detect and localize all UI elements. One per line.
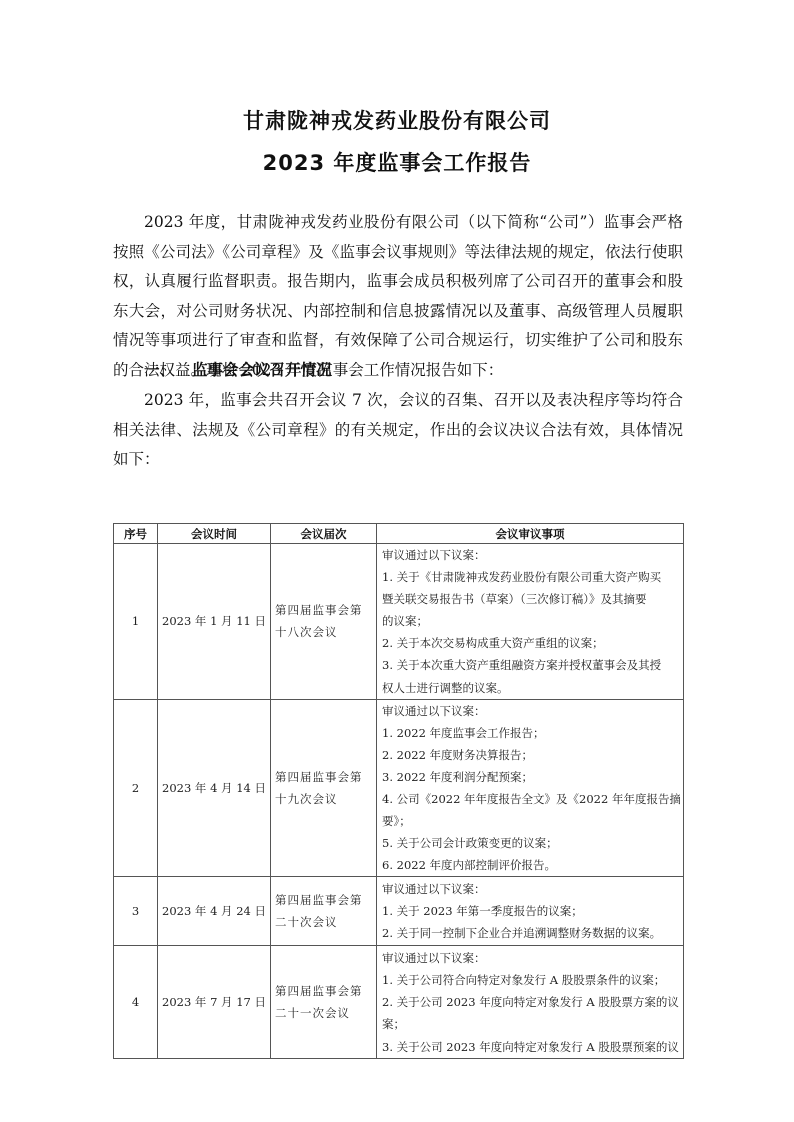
cell-items: 审议通过以下议案： 1. 关于 2023 年第一季度报告的议案； 2. 关于同一… — [377, 877, 684, 946]
cell-session: 第四届监事会第二十一次会议 — [271, 946, 377, 1059]
cell-seq: 3 — [114, 877, 158, 946]
item-line: 3. 关于本次重大资产重组融资方案并授权董事会及其授 — [382, 654, 680, 676]
header-date: 会议时间 — [158, 524, 271, 544]
table-header-row: 序号 会议时间 会议届次 会议审议事项 — [114, 524, 684, 544]
cell-date: 2023 年 7 月 17 日 — [158, 946, 271, 1059]
item-line: 审议通过以下议案： — [382, 878, 680, 900]
item-line: 3. 关于公司 2023 年度向特定对象发行 A 股股票预案的议 — [382, 1036, 680, 1058]
section-number: 一、 — [144, 356, 192, 385]
cell-seq: 2 — [114, 699, 158, 877]
cell-session: 第四届监事会第十九次会议 — [271, 699, 377, 877]
table-row: 3 2023 年 4 月 24 日 第四届监事会第二十次会议 审议通过以下议案：… — [114, 877, 684, 946]
item-line: 审议通过以下议案： — [382, 700, 680, 722]
meetings-table: 序号 会议时间 会议届次 会议审议事项 1 2023 年 1 月 11 日 第四… — [113, 523, 684, 1059]
item-line: 2. 关于本次交易构成重大资产重组的议案； — [382, 632, 680, 654]
header-seq: 序号 — [114, 524, 158, 544]
header-session: 会议届次 — [271, 524, 377, 544]
item-line: 4. 公司《2022 年年度报告全文》及《2022 年年度报告摘 — [382, 788, 680, 810]
item-line: 6. 2022 年度内部控制评价报告。 — [382, 854, 680, 876]
cell-seq: 4 — [114, 946, 158, 1059]
cell-date: 2023 年 1 月 11 日 — [158, 544, 271, 700]
cell-session: 第四届监事会第十八次会议 — [271, 544, 377, 700]
item-line: 要》； — [382, 810, 680, 832]
item-line: 审议通过以下议案： — [382, 947, 680, 969]
item-line: 2. 关于公司 2023 年度向特定对象发行 A 股股票方案的议 — [382, 991, 680, 1013]
item-line: 1. 2022 年度监事会工作报告； — [382, 722, 680, 744]
item-line: 权人士进行调整的议案。 — [382, 677, 680, 699]
cell-seq: 1 — [114, 544, 158, 700]
item-line: 5. 关于公司会计政策变更的议案； — [382, 832, 680, 854]
item-line: 的议案； — [382, 610, 680, 632]
item-line: 2. 2022 年度财务决算报告； — [382, 744, 680, 766]
item-line: 案； — [382, 1013, 680, 1035]
cell-items: 审议通过以下议案： 1. 关于公司符合向特定对象发行 A 股股票条件的议案； 2… — [377, 946, 684, 1059]
cell-session: 第四届监事会第二十次会议 — [271, 877, 377, 946]
cell-date: 2023 年 4 月 14 日 — [158, 699, 271, 877]
section-paragraph: 2023 年，监事会共召开会议 7 次，会议的召集、召开以及表决程序等均符合相关… — [113, 386, 683, 475]
section-heading-text: 监事会会议召开情况 — [192, 361, 332, 379]
cell-items: 审议通过以下议案： 1. 关于《甘肃陇神戎发药业股份有限公司重大资产购买 暨关联… — [377, 544, 684, 700]
item-line: 1. 关于 2023 年第一季度报告的议案； — [382, 900, 680, 922]
item-line: 1. 关于《甘肃陇神戎发药业股份有限公司重大资产购买 — [382, 566, 680, 588]
item-line: 审议通过以下议案： — [382, 544, 680, 566]
document-page: 甘肃陇神戎发药业股份有限公司 2023 年度监事会工作报告 2023 年度，甘肃… — [0, 0, 794, 1122]
header-items: 会议审议事项 — [377, 524, 684, 544]
table-row: 4 2023 年 7 月 17 日 第四届监事会第二十一次会议 审议通过以下议案… — [114, 946, 684, 1059]
item-line: 暨关联交易报告书（草案）（三次修订稿）》及其摘要 — [382, 588, 680, 610]
cell-date: 2023 年 4 月 24 日 — [158, 877, 271, 946]
item-line: 1. 关于公司符合向特定对象发行 A 股股票条件的议案； — [382, 969, 680, 991]
table-row: 2 2023 年 4 月 14 日 第四届监事会第十九次会议 审议通过以下议案：… — [114, 699, 684, 877]
company-title: 甘肃陇神戎发药业股份有限公司 — [0, 105, 794, 135]
report-title: 2023 年度监事会工作报告 — [0, 147, 794, 177]
table-row: 1 2023 年 1 月 11 日 第四届监事会第十八次会议 审议通过以下议案：… — [114, 544, 684, 700]
cell-items: 审议通过以下议案： 1. 2022 年度监事会工作报告； 2. 2022 年度财… — [377, 699, 684, 877]
item-line: 3. 2022 年度利润分配预案； — [382, 766, 680, 788]
section-heading: 一、监事会会议召开情况 — [144, 356, 332, 385]
item-line: 2. 关于同一控制下企业合并追溯调整财务数据的议案。 — [382, 922, 680, 944]
